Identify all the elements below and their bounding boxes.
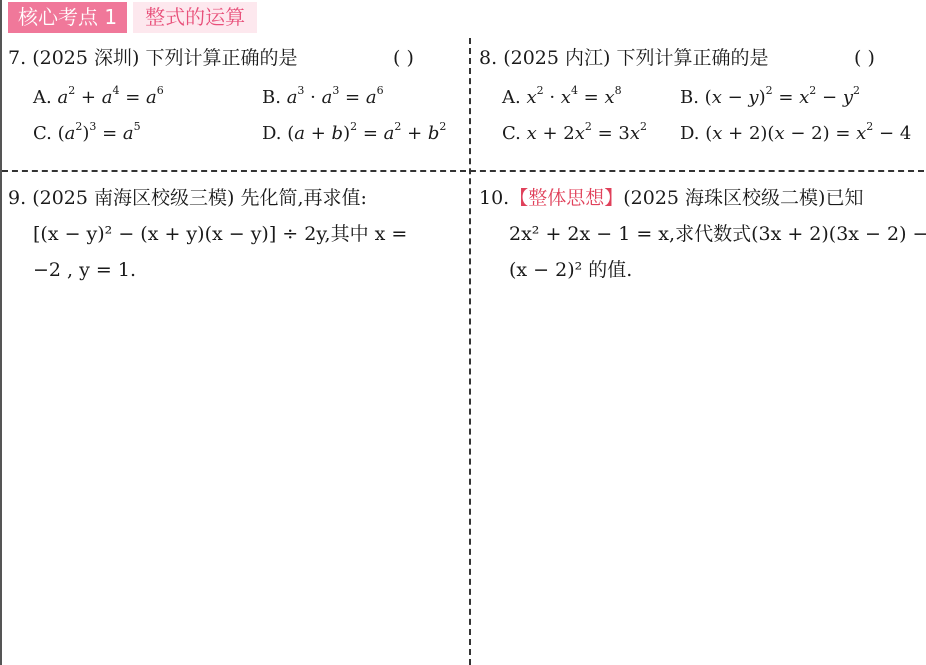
question-stem: 下列计算正确的是: [616, 47, 768, 69]
question-number: 10.: [479, 187, 509, 209]
column-divider: [469, 38, 471, 665]
question-source: (2025 南海区校级三模): [32, 187, 234, 209]
option-d: D. (a + b)2 = a2 + b2: [262, 120, 446, 144]
question-8: 8. (2025 内江) 下列计算正确的是 ( ): [479, 40, 924, 76]
question-number: 7.: [8, 47, 26, 69]
topic-title: 整式的运算: [133, 2, 257, 33]
option-a: A. a2 + a4 = a6: [33, 84, 164, 108]
section-header: 核心考点 1 整式的运算: [8, 2, 257, 33]
question-stem: 先化简,再求值:: [240, 187, 366, 209]
question-number: 8.: [479, 47, 497, 69]
question-9: 9. (2025 南海区校级三模) 先化简,再求值: [(x − y)² − (…: [8, 180, 463, 288]
row-divider: [2, 170, 924, 172]
option-b: B. (x − y)2 = x2 − y2: [680, 84, 860, 108]
question-line: −2 , y = 1.: [8, 252, 463, 288]
question-line: 2x² + 2x − 1 = x,求代数式(3x + 2)(3x − 2) −: [479, 216, 924, 252]
answer-blank[interactable]: ( ): [393, 40, 414, 76]
question-source: (2025 内江): [503, 47, 610, 69]
question-source: (2025 海珠区校级二模): [623, 187, 825, 209]
core-point-badge: 核心考点 1: [8, 2, 127, 33]
question-line: (x − 2)² 的值.: [479, 252, 924, 288]
question-stem: 下列计算正确的是: [145, 47, 297, 69]
question-10: 10.【整体思想】(2025 海珠区校级二模)已知 2x² + 2x − 1 =…: [479, 180, 924, 288]
method-tag: 【整体思想】: [509, 187, 623, 209]
question-source: (2025 深圳): [32, 47, 139, 69]
option-d: D. (x + 2)(x − 2) = x2 − 4: [680, 120, 911, 144]
question-7: 7. (2025 深圳) 下列计算正确的是 ( ): [8, 40, 463, 76]
option-a: A. x2 · x4 = x8: [502, 84, 622, 108]
option-c: C. x + 2x2 = 3x2: [502, 120, 647, 144]
page-left-border: [0, 0, 2, 665]
question-line: [(x − y)² − (x + y)(x − y)] ÷ 2y,其中 x =: [8, 216, 463, 252]
answer-blank[interactable]: ( ): [854, 40, 875, 76]
option-b: B. a3 · a3 = a6: [262, 84, 384, 108]
question-stem: 已知: [825, 187, 863, 209]
option-c: C. (a2)3 = a5: [33, 120, 141, 144]
question-number: 9.: [8, 187, 26, 209]
